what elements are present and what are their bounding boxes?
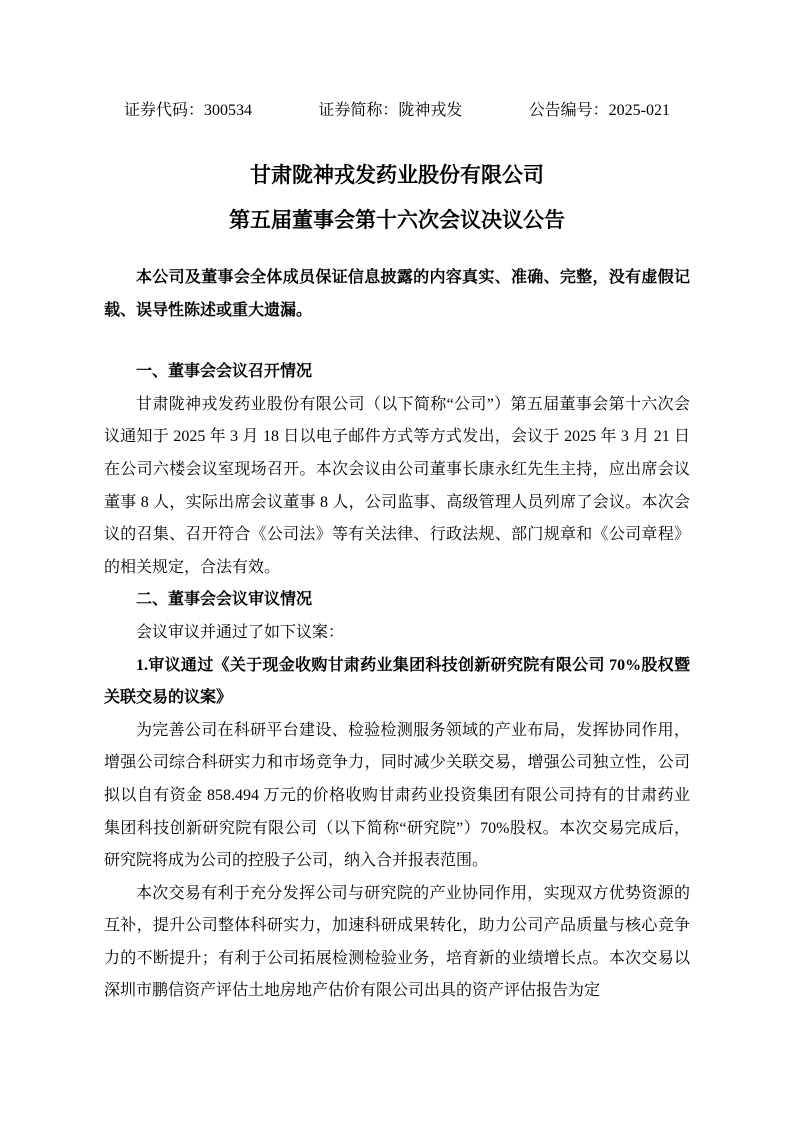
document-title-meeting: 第五届董事会第十六次会议决议公告	[104, 206, 690, 234]
announcement-number-label: 公告编号：	[529, 102, 609, 119]
document-title-company: 甘肃陇神戎发药业股份有限公司	[104, 161, 690, 189]
stock-name-label: 证券简称：	[318, 102, 398, 119]
document-page: 证券代码：300534 证券简称：陇神戎发 公告编号：2025-021 甘肃陇神…	[0, 0, 794, 1122]
paragraph-meeting-convening: 甘肃陇神戎发药业股份有限公司（以下简称“公司”）第五届董事会第十六次会议通知于 …	[104, 389, 690, 585]
stock-name: 证券简称：陇神戎发	[318, 99, 462, 123]
document-body: 一、董事会会议召开情况 甘肃陇神戎发药业股份有限公司（以下简称“公司”）第五届董…	[104, 356, 690, 1008]
announcement-number-value: 2025-021	[609, 102, 670, 119]
section-heading-deliberation: 二、董事会会议审议情况	[104, 584, 690, 617]
stock-code-value: 300534	[204, 102, 252, 119]
stock-code-label: 证券代码：	[124, 102, 204, 119]
document-header: 证券代码：300534 证券简称：陇神戎发 公告编号：2025-021	[104, 99, 690, 123]
paragraph-transaction-benefits: 本次交易有利于充分发挥公司与研究院的产业协同作用，实现双方优势资源的互补，提升公…	[104, 878, 690, 1008]
section-heading-meeting-convening: 一、董事会会议召开情况	[104, 356, 690, 389]
paragraph-resolutions-intro: 会议审议并通过了如下议案：	[104, 617, 690, 650]
declaration-paragraph: 本公司及董事会全体成员保证信息披露的内容真实、准确、完整，没有虚假记载、误导性陈…	[104, 262, 690, 327]
announcement-number: 公告编号：2025-021	[529, 99, 670, 123]
stock-code: 证券代码：300534	[124, 99, 252, 123]
stock-name-value: 陇神戎发	[398, 102, 462, 119]
paragraph-acquisition-details: 为完善公司在科研平台建设、检验检测服务领域的产业布局，发挥协同作用，增强公司综合…	[104, 715, 690, 878]
proposal-1-title: 1.审议通过《关于现金收购甘肃药业集团科技创新研究院有限公司 70%股权暨关联交…	[104, 650, 690, 715]
